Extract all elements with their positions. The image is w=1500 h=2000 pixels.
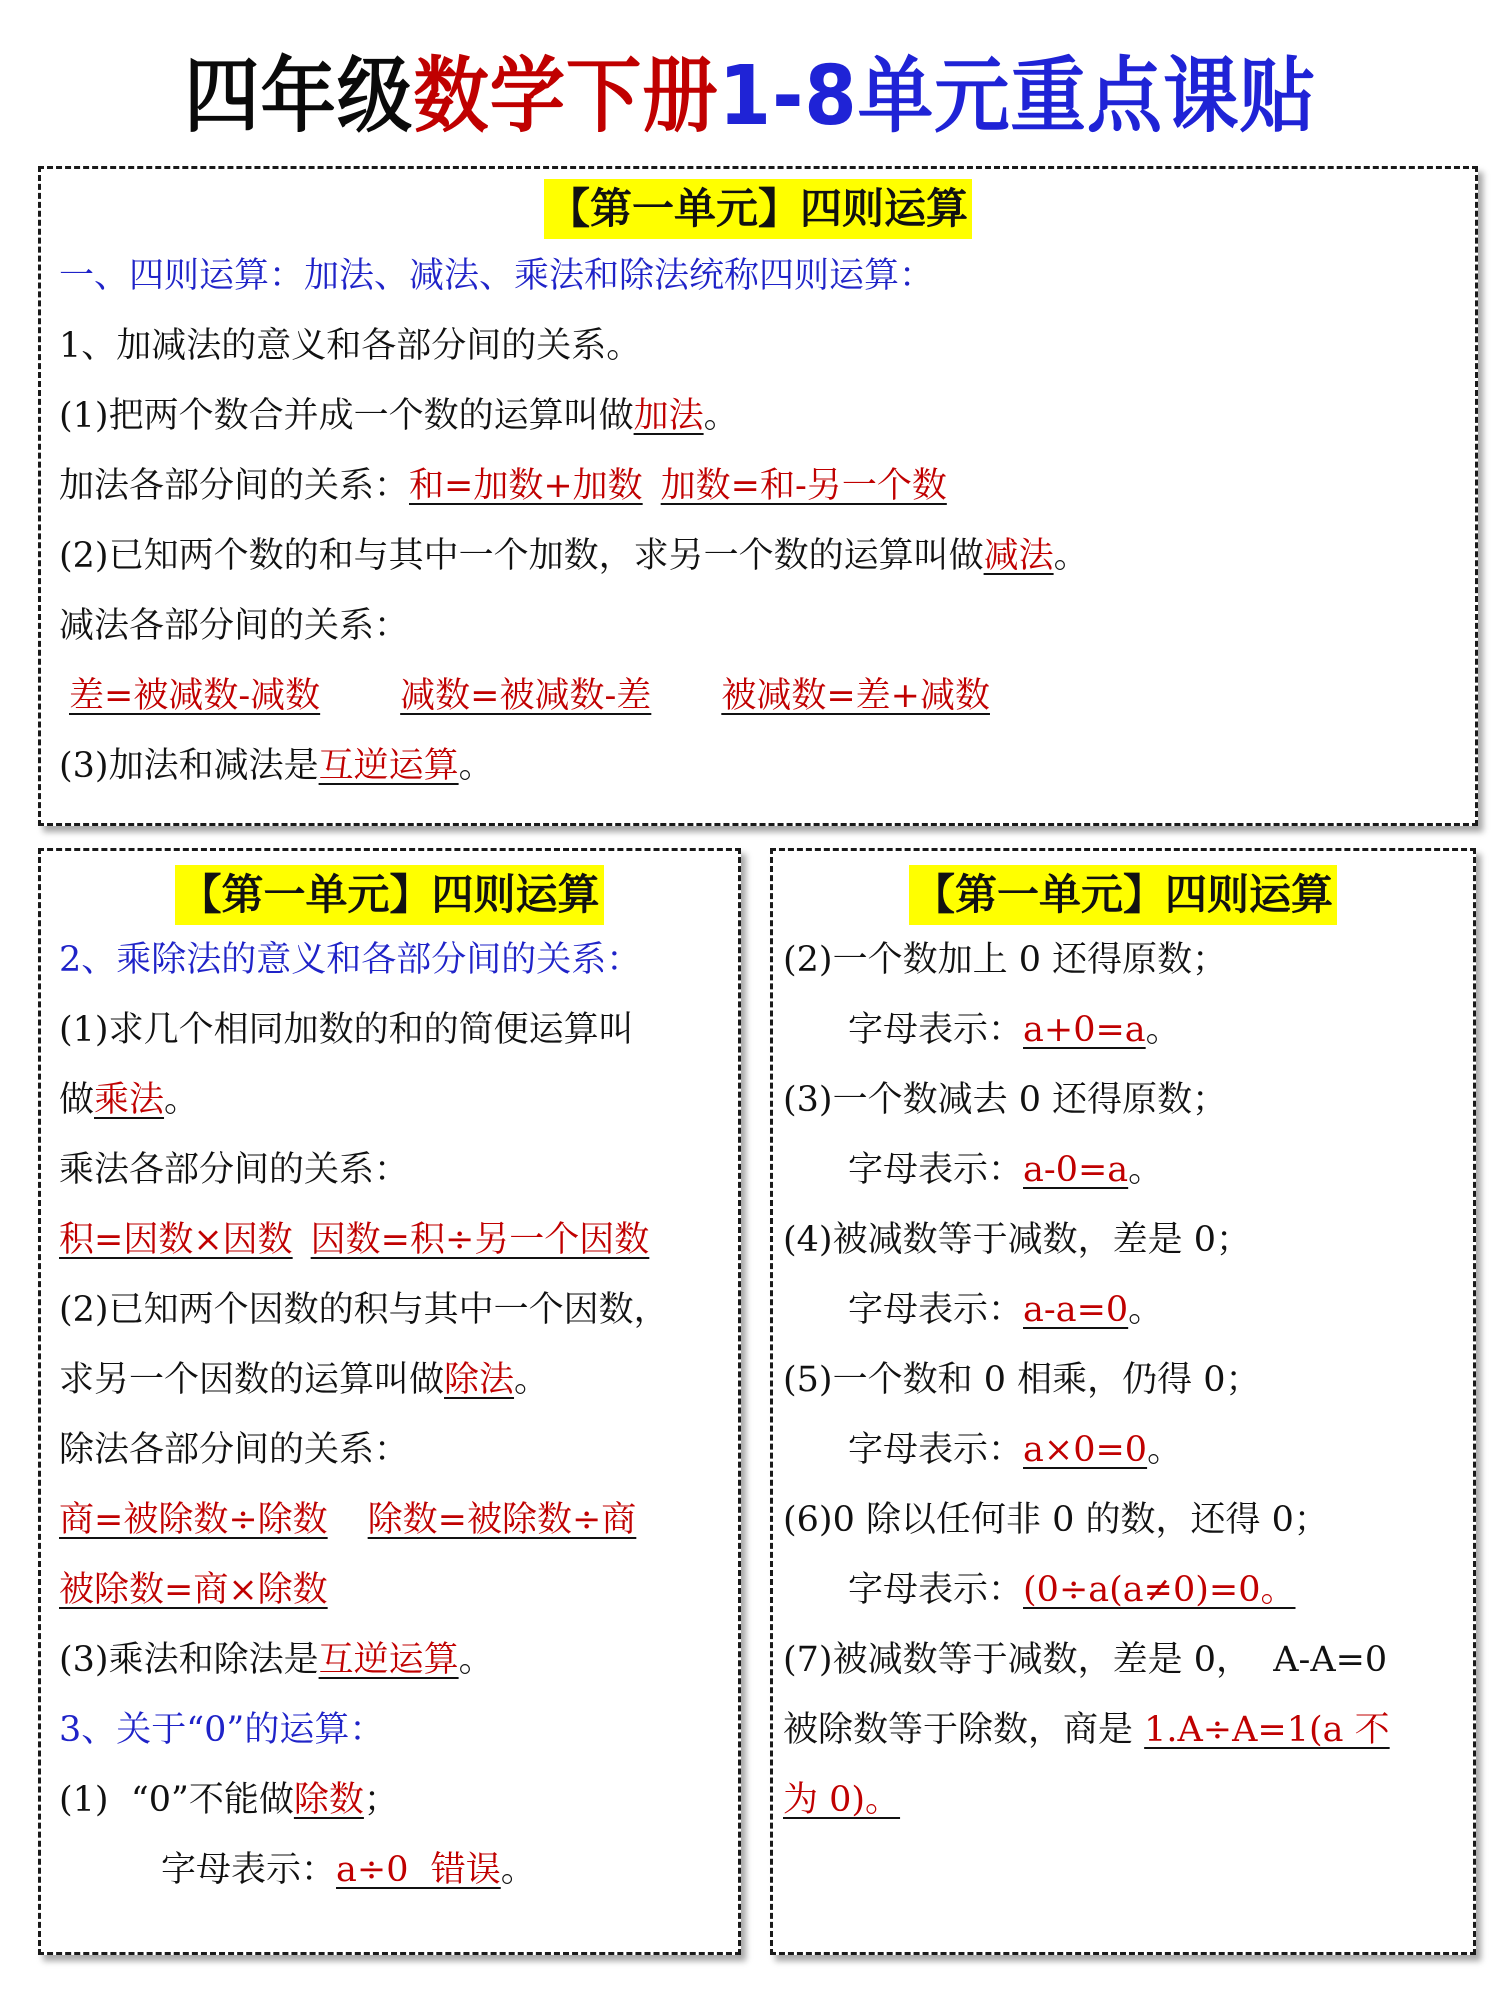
zero-rule-2: (2)一个数加上 0 还得原数； <box>773 925 1473 995</box>
text: 。 <box>1128 1290 1163 1330</box>
label: 字母表示： <box>848 1430 1023 1470</box>
zero-rule-4-letter: 字母表示：a-a=0。 <box>773 1275 1473 1345</box>
answer-blank: 乘法 <box>94 1080 164 1120</box>
zero-rule-3: (3)一个数减去 0 还得原数； <box>773 1065 1473 1135</box>
subtraction-definition: (2)已知两个数的和与其中一个加数，求另一个数的运算叫做减法。 <box>41 521 1475 591</box>
formula: 积=因数×因数 <box>59 1220 293 1260</box>
item-heading: 1、加减法的意义和各部分间的关系。 <box>41 311 1475 381</box>
text: 。 <box>164 1080 199 1120</box>
zero-rule-1-letter: 字母表示：a÷0 错误。 <box>41 1835 738 1905</box>
division-formula-3: 被除数=商×除数 <box>41 1555 738 1625</box>
answer-blank: 除数 <box>294 1780 364 1820</box>
label: 加法各部分间的关系： <box>59 466 409 506</box>
zero-rule-6-letter: 字母表示：(0÷a(a≠0)=0。 <box>773 1555 1473 1625</box>
text: 。 <box>501 1850 536 1890</box>
subtraction-relations-label: 减法各部分间的关系： <box>41 591 1475 661</box>
formula: 和=加数+加数 <box>409 466 643 506</box>
answer-blank: 为 0)。 <box>783 1780 920 1820</box>
text: 。 <box>1128 1150 1163 1190</box>
title-subject: 数学下册 <box>413 49 718 144</box>
zero-rule-5-letter: 字母表示：a×0=0。 <box>773 1415 1473 1485</box>
formula: 减数=被减数-差 <box>390 676 661 716</box>
label: 字母表示： <box>848 1150 1023 1190</box>
note-card-multiplication-division: 【第一单元】四则运算 2、乘除法的意义和各部分间的关系： (1)求几个相同加数的… <box>38 848 741 1955</box>
label: 字母表示： <box>848 1290 1023 1330</box>
answer-blank: a-a=0 <box>1023 1290 1128 1330</box>
division-formulas: 商=被除数÷除数除数=被除数÷商 <box>41 1485 738 1555</box>
text: (1)把两个数合并成一个数的运算叫做 <box>59 396 634 436</box>
text: 。 <box>459 1640 494 1680</box>
addition-definition: (1)把两个数合并成一个数的运算叫做加法。 <box>41 381 1475 451</box>
formula: 加数=和-另一个数 <box>661 466 947 506</box>
multiplication-formulas: 积=因数×因数因数=积÷另一个因数 <box>41 1205 738 1275</box>
zero-rule-4: (4)被减数等于减数，差是 0； <box>773 1205 1473 1275</box>
unit-heading: 【第一单元】四则运算 <box>909 865 1337 925</box>
zero-rule-5: (5)一个数和 0 相乘，仍得 0； <box>773 1345 1473 1415</box>
text: 。 <box>514 1360 549 1400</box>
subtraction-formulas: 差=被减数-减数减数=被减数-差被减数=差+减数 <box>41 661 1475 731</box>
section-heading: 一、四则运算：加法、减法、乘法和除法统称四则运算： <box>41 241 1475 311</box>
page-title: 四年级数学下册1-8单元重点课贴 <box>60 42 1440 152</box>
text: (1) “0”不能做 <box>59 1780 294 1820</box>
division-definition-line2: 求另一个因数的运算叫做除法。 <box>41 1345 738 1415</box>
text: 。 <box>1054 536 1089 576</box>
formula: 差=被减数-减数 <box>59 676 330 716</box>
text: 。 <box>704 396 739 436</box>
formula: 因数=积÷另一个因数 <box>311 1220 650 1260</box>
division-relations-label: 除法各部分间的关系： <box>41 1415 738 1485</box>
zero-rule-2-letter: 字母表示：a+0=a。 <box>773 995 1473 1065</box>
text: (3)加法和减法是 <box>59 746 319 786</box>
addition-relations: 加法各部分间的关系：和=加数+加数加数=和-另一个数 <box>41 451 1475 521</box>
formula: 商=被除数÷除数 <box>59 1500 328 1540</box>
answer-blank: a÷0 错误 <box>336 1850 501 1890</box>
answer-blank: (0÷a(a≠0)=0。 <box>1023 1570 1325 1610</box>
zero-rule-7: (7)被减数等于减数，差是 0， A-A=0 <box>773 1625 1473 1695</box>
answer-blank: 减法 <box>984 536 1054 576</box>
text: 。 <box>1147 1430 1182 1470</box>
zero-rule-8-cont: 为 0)。 <box>773 1765 1473 1835</box>
formula: 除数=被除数÷商 <box>368 1500 637 1540</box>
formula: 被除数=商×除数 <box>59 1570 328 1610</box>
unit-heading: 【第一单元】四则运算 <box>544 179 972 239</box>
answer-blank: 1.A÷A=1(a 不 <box>1144 1710 1390 1750</box>
text: 被除数等于除数，商是 <box>783 1710 1144 1750</box>
division-definition-line1: (2)已知两个因数的积与其中一个因数， <box>41 1275 738 1345</box>
unit-heading: 【第一单元】四则运算 <box>175 865 603 925</box>
zero-rule-6: (6)0 除以任何非 0 的数，还得 0； <box>773 1485 1473 1555</box>
zero-rule-8: 被除数等于除数，商是 1.A÷A=1(a 不 <box>773 1695 1473 1765</box>
answer-blank: a×0=0 <box>1023 1430 1147 1470</box>
title-units: 1-8单元重点课贴 <box>719 49 1316 144</box>
section-heading: 2、乘除法的意义和各部分间的关系： <box>41 925 738 995</box>
answer-blank: 加法 <box>634 396 704 436</box>
note-card-zero-rules: 【第一单元】四则运算 (2)一个数加上 0 还得原数； 字母表示：a+0=a。 … <box>770 848 1476 1955</box>
answer-blank: 除法 <box>444 1360 514 1400</box>
zero-rule-1: (1) “0”不能做除数； <box>41 1765 738 1835</box>
label: 字母表示： <box>161 1850 336 1890</box>
text: (3)乘法和除法是 <box>59 1640 319 1680</box>
answer-blank: a+0=a <box>1023 1010 1146 1050</box>
text: 求另一个因数的运算叫做 <box>59 1360 444 1400</box>
zero-rule-3-letter: 字母表示：a-0=a。 <box>773 1135 1473 1205</box>
text: 做 <box>59 1080 94 1120</box>
text: ； <box>364 1780 399 1820</box>
inverse-operation: (3)乘法和除法是互逆运算。 <box>41 1625 738 1695</box>
text: (2)已知两个数的和与其中一个加数，求另一个数的运算叫做 <box>59 536 984 576</box>
text: 。 <box>459 746 494 786</box>
multiplication-definition-line2: 做乘法。 <box>41 1065 738 1135</box>
formula: 被减数=差+减数 <box>721 676 990 716</box>
section-heading: 3、关于“0”的运算： <box>41 1695 738 1765</box>
answer-blank: 互逆运算 <box>319 746 459 786</box>
note-card-addition-subtraction: 【第一单元】四则运算 一、四则运算：加法、减法、乘法和除法统称四则运算： 1、加… <box>38 166 1478 826</box>
title-grade: 四年级 <box>184 49 413 144</box>
label: 字母表示： <box>848 1570 1023 1610</box>
answer-blank: a-0=a <box>1023 1150 1128 1190</box>
inverse-operation: (3)加法和减法是互逆运算。 <box>41 731 1475 801</box>
multiplication-relations-label: 乘法各部分间的关系： <box>41 1135 738 1205</box>
text: 。 <box>1146 1010 1181 1050</box>
label: 字母表示： <box>848 1010 1023 1050</box>
answer-blank: 互逆运算 <box>319 1640 459 1680</box>
multiplication-definition-line1: (1)求几个相同加数的和的简便运算叫 <box>41 995 738 1065</box>
